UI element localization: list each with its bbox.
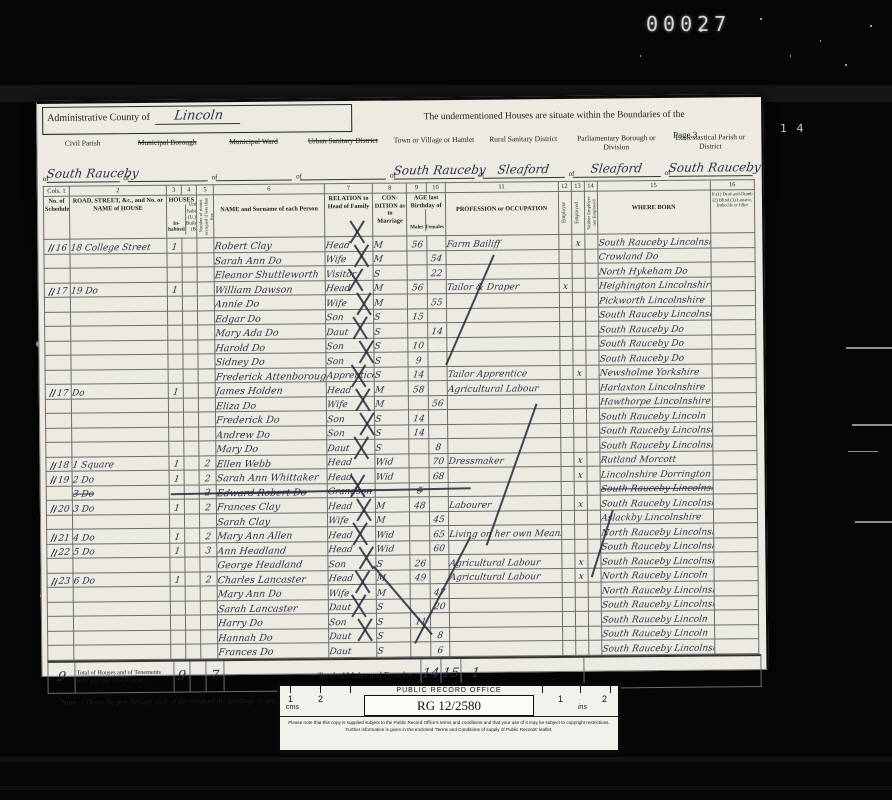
person-name: Charles Lancaster <box>217 575 306 585</box>
occ-cell <box>448 481 561 497</box>
emp-cell <box>558 249 571 264</box>
age-cell <box>428 366 447 381</box>
occ-cell <box>447 394 560 410</box>
person-name: Mary Do <box>216 445 259 455</box>
totals-margin-value: 9 <box>56 670 66 685</box>
inh-cell <box>182 310 197 325</box>
inh-cell <box>183 412 198 427</box>
rooms-cell <box>198 325 215 340</box>
cond-cell: S <box>376 555 410 570</box>
handwritten-entry: 3 <box>205 547 212 556</box>
cond-cell: M <box>376 511 410 526</box>
district-label: Municipal Borough <box>125 138 209 147</box>
inh-cell <box>185 600 200 615</box>
cond-cell: S <box>377 642 411 657</box>
inh-cell <box>167 253 182 268</box>
handwritten-entry: 20 <box>57 505 70 514</box>
emp-cell <box>573 394 586 409</box>
addr-cell <box>71 325 168 340</box>
rel-cell: Head <box>327 497 375 512</box>
emp-cell <box>587 481 600 496</box>
sched-cell <box>44 268 70 283</box>
rooms-cell <box>198 383 215 398</box>
occ-cell <box>449 597 562 613</box>
emp-cell <box>562 626 575 641</box>
born-cell: North Hykeham Do <box>598 262 711 278</box>
inh-cell <box>182 267 197 282</box>
handwritten-entry: Wife <box>326 401 348 410</box>
handwritten-entry: South Rauceby Lincolnshire <box>601 557 714 567</box>
cond-cell: M <box>376 584 410 599</box>
handwritten-entry: x <box>577 471 583 480</box>
district-value: South Rauceby <box>668 160 762 175</box>
handwritten-entry: M <box>375 401 385 410</box>
handwritten-entry: Wid <box>375 459 394 468</box>
census-table: Cols. 12345678910111213141516 No. of Sch… <box>43 179 760 660</box>
handwritten-entry: S <box>377 647 384 656</box>
addr-cell: Do <box>71 383 168 398</box>
person-name: Eliza Do <box>215 401 256 411</box>
age-cell: 14 <box>409 424 428 439</box>
occ-cell: Dressmaker <box>448 452 561 468</box>
inf-cell <box>713 537 758 552</box>
cond-cell: S <box>373 265 407 280</box>
inh-cell: 1 <box>169 528 184 543</box>
emp-cell <box>559 292 572 307</box>
handwritten-entry: 47 <box>433 589 446 598</box>
cond-cell: Wid <box>376 540 410 555</box>
handwritten-entry: S <box>374 328 381 337</box>
rel-cell: Wife <box>325 294 373 309</box>
age-cell: 14 <box>409 366 428 381</box>
age-cell <box>407 250 426 265</box>
inh-cell <box>184 441 199 456</box>
handwritten-entry: Son <box>326 358 345 367</box>
stamp-notice: Please note that this copy is supplied s… <box>280 717 618 734</box>
emp-cell <box>559 307 572 322</box>
rel-cell: Visitor <box>325 265 373 280</box>
occ-cell: Agricultural Labour <box>447 379 560 395</box>
emp-cell <box>585 263 598 278</box>
addr-cell: 1 Square <box>72 456 169 471</box>
handwritten-entry: M <box>374 386 384 395</box>
handwritten-entry: 23 <box>58 578 71 587</box>
sched-cell <box>45 370 71 385</box>
handwritten-entry: Wid <box>375 473 394 482</box>
film-streak <box>0 786 892 790</box>
handwritten-entry: 3 Do <box>73 505 95 514</box>
handwritten-entry: 1 <box>173 461 180 470</box>
handwritten-entry: 3 Do <box>72 490 94 499</box>
inh-cell <box>170 630 185 645</box>
inf-cell <box>711 262 756 277</box>
age-cell <box>409 453 428 468</box>
cond-cell: Wid <box>375 468 409 483</box>
name-cell: Sidney Do <box>215 353 326 369</box>
person-name: George Headland <box>217 560 303 570</box>
col-employer: Employer <box>558 191 571 234</box>
addr-cell: 3 Do <box>73 499 170 514</box>
handwritten-entry: Head <box>327 473 352 482</box>
emp-cell <box>574 481 587 496</box>
inh-cell <box>185 542 200 557</box>
name-cell: George Headland <box>217 556 328 572</box>
handwritten-entry: Heighington Lincolnshire <box>598 281 711 291</box>
handwritten-entry: 19 Do <box>70 287 98 296</box>
age-cell <box>426 236 445 251</box>
person-name: Edgar Do <box>215 314 262 324</box>
inh-cell <box>184 455 199 470</box>
district-label: Ecclesiastical Parish or District <box>666 133 754 151</box>
admin-county-value: Lincoln <box>155 108 242 125</box>
sched-cell <box>46 442 72 457</box>
handwritten-entry: Aslackby Lincolnshire <box>600 514 701 524</box>
handwritten-entry: 14 <box>412 371 425 380</box>
handwritten-entry: 65 <box>433 531 446 540</box>
name-cell: Edward Robert Do <box>216 483 327 499</box>
age-cell <box>428 424 447 439</box>
handwritten-entry: Grandson <box>327 488 372 497</box>
sched-cell <box>48 631 74 646</box>
handwritten-entry: M <box>373 241 383 250</box>
inh-cell <box>170 586 185 601</box>
sched-cell <box>47 558 73 573</box>
sched-cell <box>47 602 73 617</box>
sched-cell <box>45 355 71 370</box>
handwritten-entry: x <box>562 283 568 292</box>
cond-cell: S <box>374 308 408 323</box>
handwritten-entry: 1 <box>174 577 181 586</box>
born-cell: South Rauceby Lincolnshire <box>600 480 713 496</box>
cond-cell: Wid <box>375 453 409 468</box>
emp-cell <box>587 524 600 539</box>
rel-cell: Head <box>328 526 376 541</box>
name-cell: Mary Do <box>216 440 327 456</box>
born-cell: North Rauceby Lincoln <box>601 567 714 583</box>
addr-cell <box>71 311 168 326</box>
age-cell: 6 <box>430 642 449 657</box>
rel-cell: Grandson <box>327 483 375 498</box>
cond-cell <box>375 482 409 497</box>
person-name: Mary Ann Allen <box>217 532 293 542</box>
age-cell <box>410 526 429 541</box>
age-cell <box>411 627 430 642</box>
rel-cell: Son <box>325 309 373 324</box>
inh-cell <box>185 528 200 543</box>
person-name: James Holden <box>215 387 283 397</box>
column-number: 16 <box>710 180 755 190</box>
census-page: Administrative County of Lincoln The und… <box>36 94 768 677</box>
district-label: Urban Sanitary District <box>298 137 388 146</box>
emp-cell <box>561 524 574 539</box>
emp-cell <box>575 582 588 597</box>
rel-cell: Wife <box>326 396 374 411</box>
rooms-cell: 2 <box>199 484 216 499</box>
district-header-row: Civil ParishofSouth RaucebyMunicipal Bor… <box>42 132 756 185</box>
occ-cell: Tailor Apprentice <box>447 365 560 381</box>
frame-counter: 00027 <box>646 12 731 36</box>
emp-cell <box>585 336 598 351</box>
film-scratch <box>848 451 878 452</box>
sched-cell <box>46 486 72 501</box>
occ-cell <box>447 408 560 424</box>
correction-mark <box>49 389 56 397</box>
emp-cell <box>586 423 599 438</box>
col-age: AGE last Birthday of Males Females <box>407 193 446 236</box>
emp-cell <box>561 466 574 481</box>
person-name: Hannah Do <box>218 633 274 643</box>
rooms-cell <box>198 397 215 412</box>
occ-cell <box>448 539 561 555</box>
emp-cell <box>573 408 586 423</box>
inh-cell <box>184 513 199 528</box>
inh-cell: 1 <box>167 238 182 253</box>
inf-cell <box>710 247 755 262</box>
emp-cell <box>562 597 575 612</box>
emp-cell <box>575 640 588 655</box>
handwritten-entry: 19 <box>57 476 70 485</box>
inf-cell <box>713 494 758 509</box>
column-number: 4 <box>181 185 196 195</box>
handwritten-entry: S <box>375 415 382 424</box>
emp-cell <box>560 394 573 409</box>
born-cell: Rutland Morcott <box>600 451 713 467</box>
occ-cell <box>446 263 559 279</box>
totals-houses-label: Total of Houses and of Tenements with le… <box>75 661 174 692</box>
rel-cell: Daut <box>329 642 377 657</box>
name-cell: Andrew Do <box>216 425 327 441</box>
inh-cell <box>184 499 199 514</box>
stamp-ruler: PUBLIC RECORD OFFICE 1 2 cms 1 2 ins RG … <box>280 686 618 717</box>
born-cell: South Rauceby Lincolnshire <box>601 639 714 655</box>
sched-cell: 16 <box>44 239 70 254</box>
column-number: 7 <box>324 183 372 193</box>
inf-cell <box>713 523 758 538</box>
emp-cell <box>561 495 574 510</box>
rel-cell: Wife <box>328 584 376 599</box>
sched-cell: 23 <box>47 573 73 588</box>
name-cell: Mary Ann Allen <box>217 527 328 543</box>
addr-cell <box>74 630 171 645</box>
addr-cell <box>71 354 168 369</box>
sched-cell: 20 <box>46 500 72 515</box>
handwritten-entry: Daut <box>328 633 351 642</box>
emp-cell <box>560 408 573 423</box>
addr-cell <box>73 601 170 616</box>
occ-cell <box>447 350 560 366</box>
person-name: Frederick Attenborough <box>215 372 326 383</box>
handwritten-entry: Harlaxton Lincolnshire <box>599 383 705 393</box>
person-name: William Dawson <box>214 285 293 295</box>
handwritten-entry: Crowland Do <box>598 253 659 263</box>
handwritten-entry: M <box>376 589 386 598</box>
occ-cell: Agricultural Labour <box>449 553 562 569</box>
totals-females-value: 15 <box>442 666 461 681</box>
handwritten-entry: S <box>374 314 381 323</box>
film-scratch <box>855 521 892 523</box>
handwritten-entry: 1 <box>174 533 181 542</box>
correction-mark <box>49 462 56 470</box>
handwritten-entry: S <box>374 357 381 366</box>
name-cell: Sarah Clay <box>217 512 328 528</box>
handwritten-entry: 2 Do <box>72 476 94 485</box>
col-condition: CON-DITION as to Marriage <box>373 193 408 236</box>
handwritten-entry: x <box>578 558 584 567</box>
handwritten-entry: Wid <box>376 546 395 555</box>
rooms-cell <box>197 252 214 267</box>
age-cell <box>411 642 430 657</box>
inh-cell <box>167 311 182 326</box>
handwritten-entry: South Rauceby Lincolnshire <box>600 542 713 552</box>
emp-cell <box>562 640 575 655</box>
cond-cell: M <box>373 250 407 265</box>
person-name: Andrew Do <box>216 430 271 440</box>
handwritten-entry: 1 <box>171 243 178 252</box>
person-name: Ellen Webb <box>216 459 272 469</box>
born-cell: South Rauceby Do <box>598 320 711 336</box>
age-cell: 22 <box>427 265 446 280</box>
emp-cell: x <box>573 452 586 467</box>
col-uninhabited: Unin-habited (U.) or Building (B.) <box>185 204 197 234</box>
handwritten-entry: 56 <box>431 400 444 409</box>
col-females: Females <box>425 209 444 231</box>
emp-cell <box>574 510 587 525</box>
age-cell <box>408 265 427 280</box>
inh-cell <box>183 354 198 369</box>
emp-cell <box>588 568 601 583</box>
age-cell <box>428 410 447 425</box>
handwritten-entry: S <box>376 560 383 569</box>
age-cell <box>427 308 446 323</box>
age-cell <box>427 279 446 294</box>
emp-cell <box>572 263 585 278</box>
age-cell: 56 <box>408 279 427 294</box>
occ-cell <box>446 307 559 323</box>
person-name: Harold Do <box>215 343 266 353</box>
emp-cell: x <box>571 234 584 249</box>
handwritten-entry: Visitor <box>325 270 356 279</box>
emp-cell <box>587 495 600 510</box>
inf-cell <box>714 610 759 625</box>
rooms-cell <box>200 615 217 630</box>
handwritten-entry: South Rauceby Lincoln <box>599 412 706 422</box>
inf-cell <box>713 479 758 494</box>
name-cell: Frederick Do <box>216 411 327 427</box>
col-road: ROAD, STREET, &c., and No. or NAME of HO… <box>70 195 167 239</box>
person-name: Harry Do <box>218 619 264 629</box>
age-cell: 70 <box>428 453 447 468</box>
film-speck <box>870 25 872 27</box>
sched-cell <box>45 413 71 428</box>
name-cell: Mary Ann Do <box>217 585 328 601</box>
inf-cell <box>712 436 757 451</box>
name-cell: Ann Headland <box>217 541 328 557</box>
ruler-cms-unit: cms <box>286 704 299 711</box>
rel-cell: Son <box>326 338 374 353</box>
handwritten-entry: 2 <box>205 504 212 513</box>
handwritten-entry: Head <box>327 502 352 511</box>
handwritten-entry: 26 <box>414 560 427 569</box>
name-cell: Frederick Attenborough <box>215 367 326 383</box>
addr-cell <box>72 441 169 456</box>
born-cell: Newsholme Yorkshire <box>599 364 712 380</box>
emp-cell <box>573 437 586 452</box>
inf-cell <box>712 378 757 393</box>
rel-cell: Son <box>326 410 374 425</box>
rel-cell: Head <box>328 541 376 556</box>
sched-cell <box>45 312 71 327</box>
handwritten-entry: Hawthorpe Lincolnshire <box>599 398 711 408</box>
handwritten-entry: 2 <box>204 460 211 469</box>
handwritten-entry: 5 <box>416 487 423 496</box>
emp-cell <box>588 611 601 626</box>
handwritten-entry: South Rauceby Lincoln <box>601 615 708 625</box>
addr-cell <box>70 267 167 282</box>
handwritten-entry: S <box>374 372 381 381</box>
addr-cell <box>73 586 170 601</box>
handwritten-entry: South Rauceby Lincoln <box>601 630 708 640</box>
handwritten-entry: 2 <box>204 489 211 498</box>
born-cell: Heighington Lincolnshire <box>598 277 711 293</box>
handwritten-entry: 70 <box>432 458 445 467</box>
name-cell: Edgar Do <box>215 309 326 325</box>
age-cell: 14 <box>427 323 446 338</box>
age-cell: 47 <box>430 584 449 599</box>
handwritten-entry: 55 <box>430 299 443 308</box>
cond-cell: M <box>374 381 408 396</box>
age-cell: 65 <box>429 526 448 541</box>
age-cell: 10 <box>408 337 427 352</box>
inf-cell <box>713 508 758 523</box>
handwritten-entry: S <box>375 444 382 453</box>
correction-mark <box>47 244 54 252</box>
film-edge-number: 1 4 <box>780 122 807 135</box>
handwritten-entry: 8 <box>435 444 442 453</box>
handwritten-entry: 17 <box>56 389 69 398</box>
handwritten-entry: 56 <box>411 241 424 250</box>
col-born: WHERE BORN <box>597 190 710 234</box>
addr-cell <box>71 340 168 355</box>
inh-cell <box>185 557 200 572</box>
table-head: Cols. 12345678910111213141516 No. of Sch… <box>43 180 754 240</box>
age-cell <box>429 482 448 497</box>
emp-cell <box>586 394 599 409</box>
handwritten-entry: Labourer <box>448 501 491 510</box>
district-value: South Rauceby <box>393 163 487 178</box>
handwritten-entry: Wife <box>325 300 347 309</box>
name-cell: Eleanor Shuttleworth <box>214 266 325 282</box>
emp-cell: x <box>574 495 587 510</box>
addr-cell <box>72 427 169 442</box>
handwritten-entry: South Rauceby Lincolnshire <box>599 441 712 451</box>
film-speck <box>760 18 762 20</box>
district-cell: Parliamentary Borough or DivisionofSleaf… <box>568 133 664 180</box>
handwritten-entry: 48 <box>413 502 426 511</box>
age-cell <box>429 497 448 512</box>
inh-cell <box>185 586 200 601</box>
handwritten-entry: Head <box>327 459 352 468</box>
inh-cell <box>170 615 185 630</box>
age-cell: 15 <box>408 308 427 323</box>
inh-cell <box>182 296 197 311</box>
handwritten-entry: S <box>377 633 384 642</box>
emp-cell: x <box>574 466 587 481</box>
born-cell: Harlaxton Lincolnshire <box>599 378 712 394</box>
column-number: Cols. 1 <box>43 186 69 196</box>
cond-cell: S <box>375 424 409 439</box>
cond-cell: M <box>375 395 409 410</box>
inh-cell: 1 <box>169 470 184 485</box>
